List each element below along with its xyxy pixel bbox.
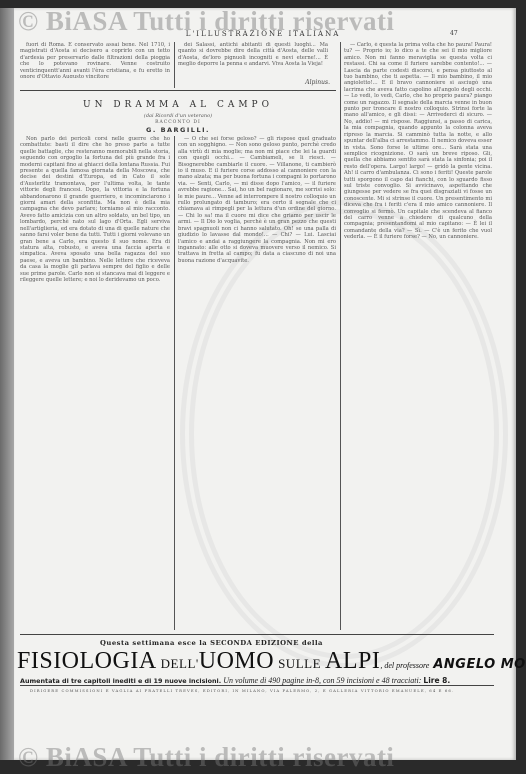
ad-top-rule: [20, 634, 494, 635]
ad-title-word: SULLE: [278, 656, 321, 671]
ad-title-word: ALPI: [325, 648, 380, 674]
publisher-imprint: DIRIGERE COMMISSIONI E VAGLIA AI FRATELL…: [30, 688, 454, 693]
ad-by-prefix: , del professore: [380, 661, 429, 670]
ad-title-word: FISIOLOGIA: [17, 648, 157, 674]
ad-bottom-rule: [20, 685, 494, 686]
article-col1: Non parlo dei pericoli corsi nelle guerr…: [20, 136, 170, 632]
prev-article-signature: Alpinus.: [220, 79, 330, 86]
ad-author: ANGELO MOSSO: [433, 657, 526, 672]
ad-title-word: UOMO: [199, 648, 274, 674]
column-rule: [174, 42, 175, 88]
running-title: L'ILLUSTRAZIONE ITALIANA: [0, 30, 526, 38]
article-author: G. BARGILLI.: [20, 126, 336, 134]
ad-title: FISIOLOGIA DELL'UOMO SULLE ALPI, del pro…: [17, 648, 526, 675]
article-subtitle: (dai Ricordi d'un veterano): [20, 113, 336, 119]
article-col2: — O che sei forse geloso? — gli rispose …: [178, 136, 336, 632]
page-number: 47: [450, 30, 458, 37]
ad-title-word: DELL': [161, 656, 199, 671]
column-rule: [174, 136, 175, 630]
prev-article-col1: fuori di Roma. È conservato assai bene. …: [20, 42, 170, 78]
ad-price: Lire 8.: [423, 676, 450, 685]
ad-tagline-italic: Un volume di 490 pagine in-8, con 59 inc…: [223, 676, 421, 685]
article-title: UN DRAMMA AL CAMPO: [20, 100, 336, 110]
article-col3: — Carlo, è questa la prima volta che ho …: [344, 42, 492, 632]
column-rule: [340, 42, 341, 630]
byline-prefix: RACCONTO DI: [20, 120, 336, 125]
ad-tagline-bold: Aumentata di tre capitoli inediti e di 1…: [20, 677, 221, 685]
prev-article-col2: dei Salassi, antichi abitanti di questi …: [178, 42, 328, 72]
ad-tagline: Aumentata di tre capitoli inediti e di 1…: [20, 676, 450, 685]
divider: [20, 90, 336, 91]
ad-lead-line: Questa settimana esce la SECONDA EDIZION…: [100, 639, 323, 647]
watermark-bottom: © BiASA Tutti i diritti riservati: [18, 742, 394, 773]
